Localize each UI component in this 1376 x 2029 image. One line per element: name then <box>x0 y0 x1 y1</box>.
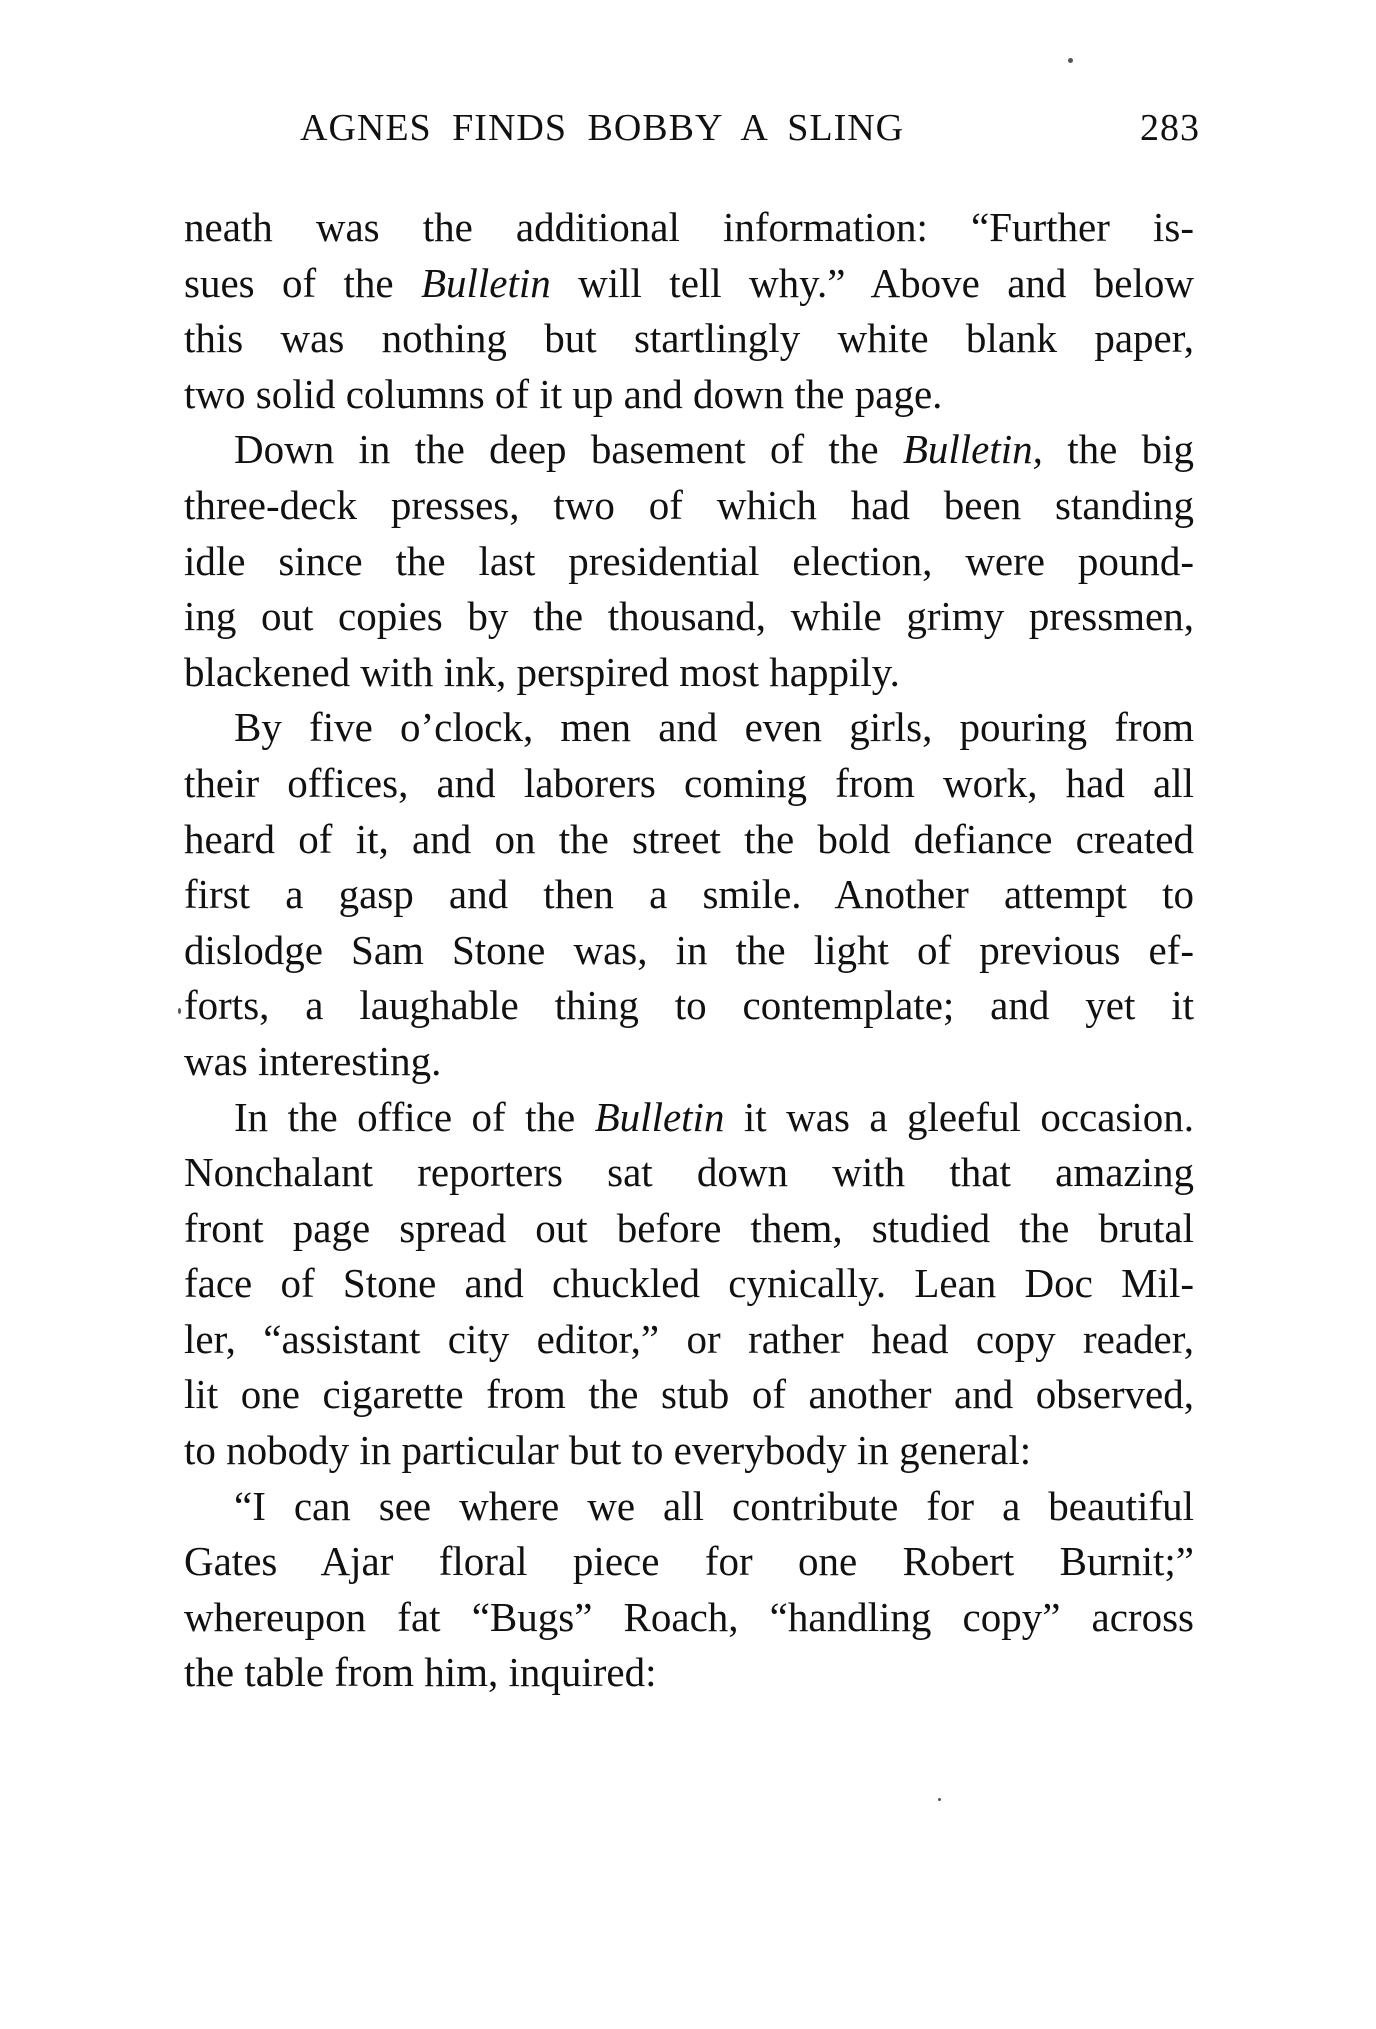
text-span: two solid columns of it up and down the … <box>184 371 942 417</box>
text-line: their offices, and laborers coming from … <box>184 756 1194 812</box>
text-span: it was a gleeful occasion. <box>724 1094 1194 1140</box>
scan-speck <box>938 1798 941 1801</box>
text-line: whereupon fat “Bugs” Roach, “handling co… <box>184 1590 1194 1646</box>
text-line: forts, a laughable thing to contemplate;… <box>184 978 1194 1034</box>
text-span: blackened with ink, perspired most happi… <box>184 649 900 695</box>
paragraph: Down in the deep basement of the Bulleti… <box>184 422 1194 700</box>
text-span: neath was the additional information: “F… <box>184 204 1194 250</box>
text-line: this was nothing but startlingly white b… <box>184 311 1194 367</box>
text-span: ing out copies by the thousand, while gr… <box>184 593 1194 639</box>
text-span: forts, a laughable thing to contemplate;… <box>184 982 1194 1028</box>
text-span: sues of the <box>184 260 421 306</box>
text-line: two solid columns of it up and down the … <box>184 367 1194 423</box>
text-line: face of Stone and chuckled cynically. Le… <box>184 1256 1194 1312</box>
text-span: Nonchalant reporters sat down with that … <box>184 1149 1194 1195</box>
text-line: In the office of the Bulletin it was a g… <box>184 1090 1194 1146</box>
page-number: 283 <box>1140 106 1200 150</box>
paragraph: In the office of the Bulletin it was a g… <box>184 1090 1194 1479</box>
text-span: lit one cigarette from the stub of anoth… <box>184 1371 1194 1417</box>
text-span: will tell why.” Above and below <box>551 260 1194 306</box>
text-line: Gates Ajar floral piece for one Robert B… <box>184 1534 1194 1590</box>
text-line: front page spread out before them, studi… <box>184 1201 1194 1257</box>
text-span: the table from him, inquired: <box>184 1649 657 1695</box>
text-span: heard of it, and on the street the bold … <box>184 816 1194 862</box>
text-span: “I can see where we all contribute for a… <box>234 1483 1194 1529</box>
text-line: idle since the last presidential electio… <box>184 534 1194 590</box>
text-span: ler, “assistant city editor,” or rather … <box>184 1316 1194 1362</box>
text-line: three-deck presses, two of which had bee… <box>184 478 1194 534</box>
scan-speck <box>178 1008 181 1014</box>
text-span: first a gasp and then a smile. Another a… <box>184 871 1194 917</box>
text-line: dislodge Sam Stone was, in the light of … <box>184 923 1194 979</box>
text-line: to nobody in particular but to everybody… <box>184 1423 1194 1479</box>
text-line: ing out copies by the thousand, while gr… <box>184 589 1194 645</box>
paragraph: neath was the additional information: “F… <box>184 200 1194 422</box>
text-line: lit one cigarette from the stub of anoth… <box>184 1367 1194 1423</box>
text-line: sues of the Bulletin will tell why.” Abo… <box>184 256 1194 312</box>
text-span: Gates Ajar floral piece for one Robert B… <box>184 1538 1194 1584</box>
text-span: three-deck presses, two of which had bee… <box>184 482 1194 528</box>
scan-speck <box>1068 58 1073 63</box>
text-span: whereupon fat “Bugs” Roach, “handling co… <box>184 1594 1194 1640</box>
text-line: first a gasp and then a smile. Another a… <box>184 867 1194 923</box>
text-span: this was nothing but startlingly white b… <box>184 315 1194 361</box>
text-line: Nonchalant reporters sat down with that … <box>184 1145 1194 1201</box>
text-line: “I can see where we all contribute for a… <box>184 1479 1194 1535</box>
text-span: to nobody in particular but to everybody… <box>184 1427 1031 1473</box>
text-span: idle since the last presidential electio… <box>184 538 1194 584</box>
text-span: face of Stone and chuckled cynically. Le… <box>184 1260 1194 1306</box>
text-line: ler, “assistant city editor,” or rather … <box>184 1312 1194 1368</box>
text-line: Down in the deep basement of the Bulleti… <box>184 422 1194 478</box>
running-header: AGNES FINDS BOBBY A SLING 283 <box>300 106 1200 166</box>
paragraph: “I can see where we all contribute for a… <box>184 1479 1194 1701</box>
text-line: was interesting. <box>184 1034 1194 1090</box>
text-line: blackened with ink, perspired most happi… <box>184 645 1194 701</box>
text-span: front page spread out before them, studi… <box>184 1205 1194 1251</box>
text-line: neath was the additional information: “F… <box>184 200 1194 256</box>
italic-text: Bulletin <box>421 260 551 306</box>
text-span: In the office of the <box>234 1094 595 1140</box>
running-title: AGNES FINDS BOBBY A SLING <box>300 106 904 150</box>
italic-text: Bulletin <box>595 1094 725 1140</box>
italic-text: Bulletin, <box>903 426 1043 472</box>
text-line: By five o’clock, men and even girls, pou… <box>184 700 1194 756</box>
text-line: heard of it, and on the street the bold … <box>184 812 1194 868</box>
book-page: AGNES FINDS BOBBY A SLING 283 neath was … <box>0 0 1376 2029</box>
text-line: the table from him, inquired: <box>184 1645 1194 1701</box>
text-span: their offices, and laborers coming from … <box>184 760 1194 806</box>
text-span: was interesting. <box>184 1038 441 1084</box>
body-text: neath was the additional information: “F… <box>184 200 1194 1701</box>
text-span: By five o’clock, men and even girls, pou… <box>234 704 1194 750</box>
paragraph: By five o’clock, men and even girls, pou… <box>184 700 1194 1089</box>
text-span: the big <box>1043 426 1194 472</box>
text-span: dislodge Sam Stone was, in the light of … <box>184 927 1194 973</box>
text-span: Down in the deep basement of the <box>234 426 903 472</box>
